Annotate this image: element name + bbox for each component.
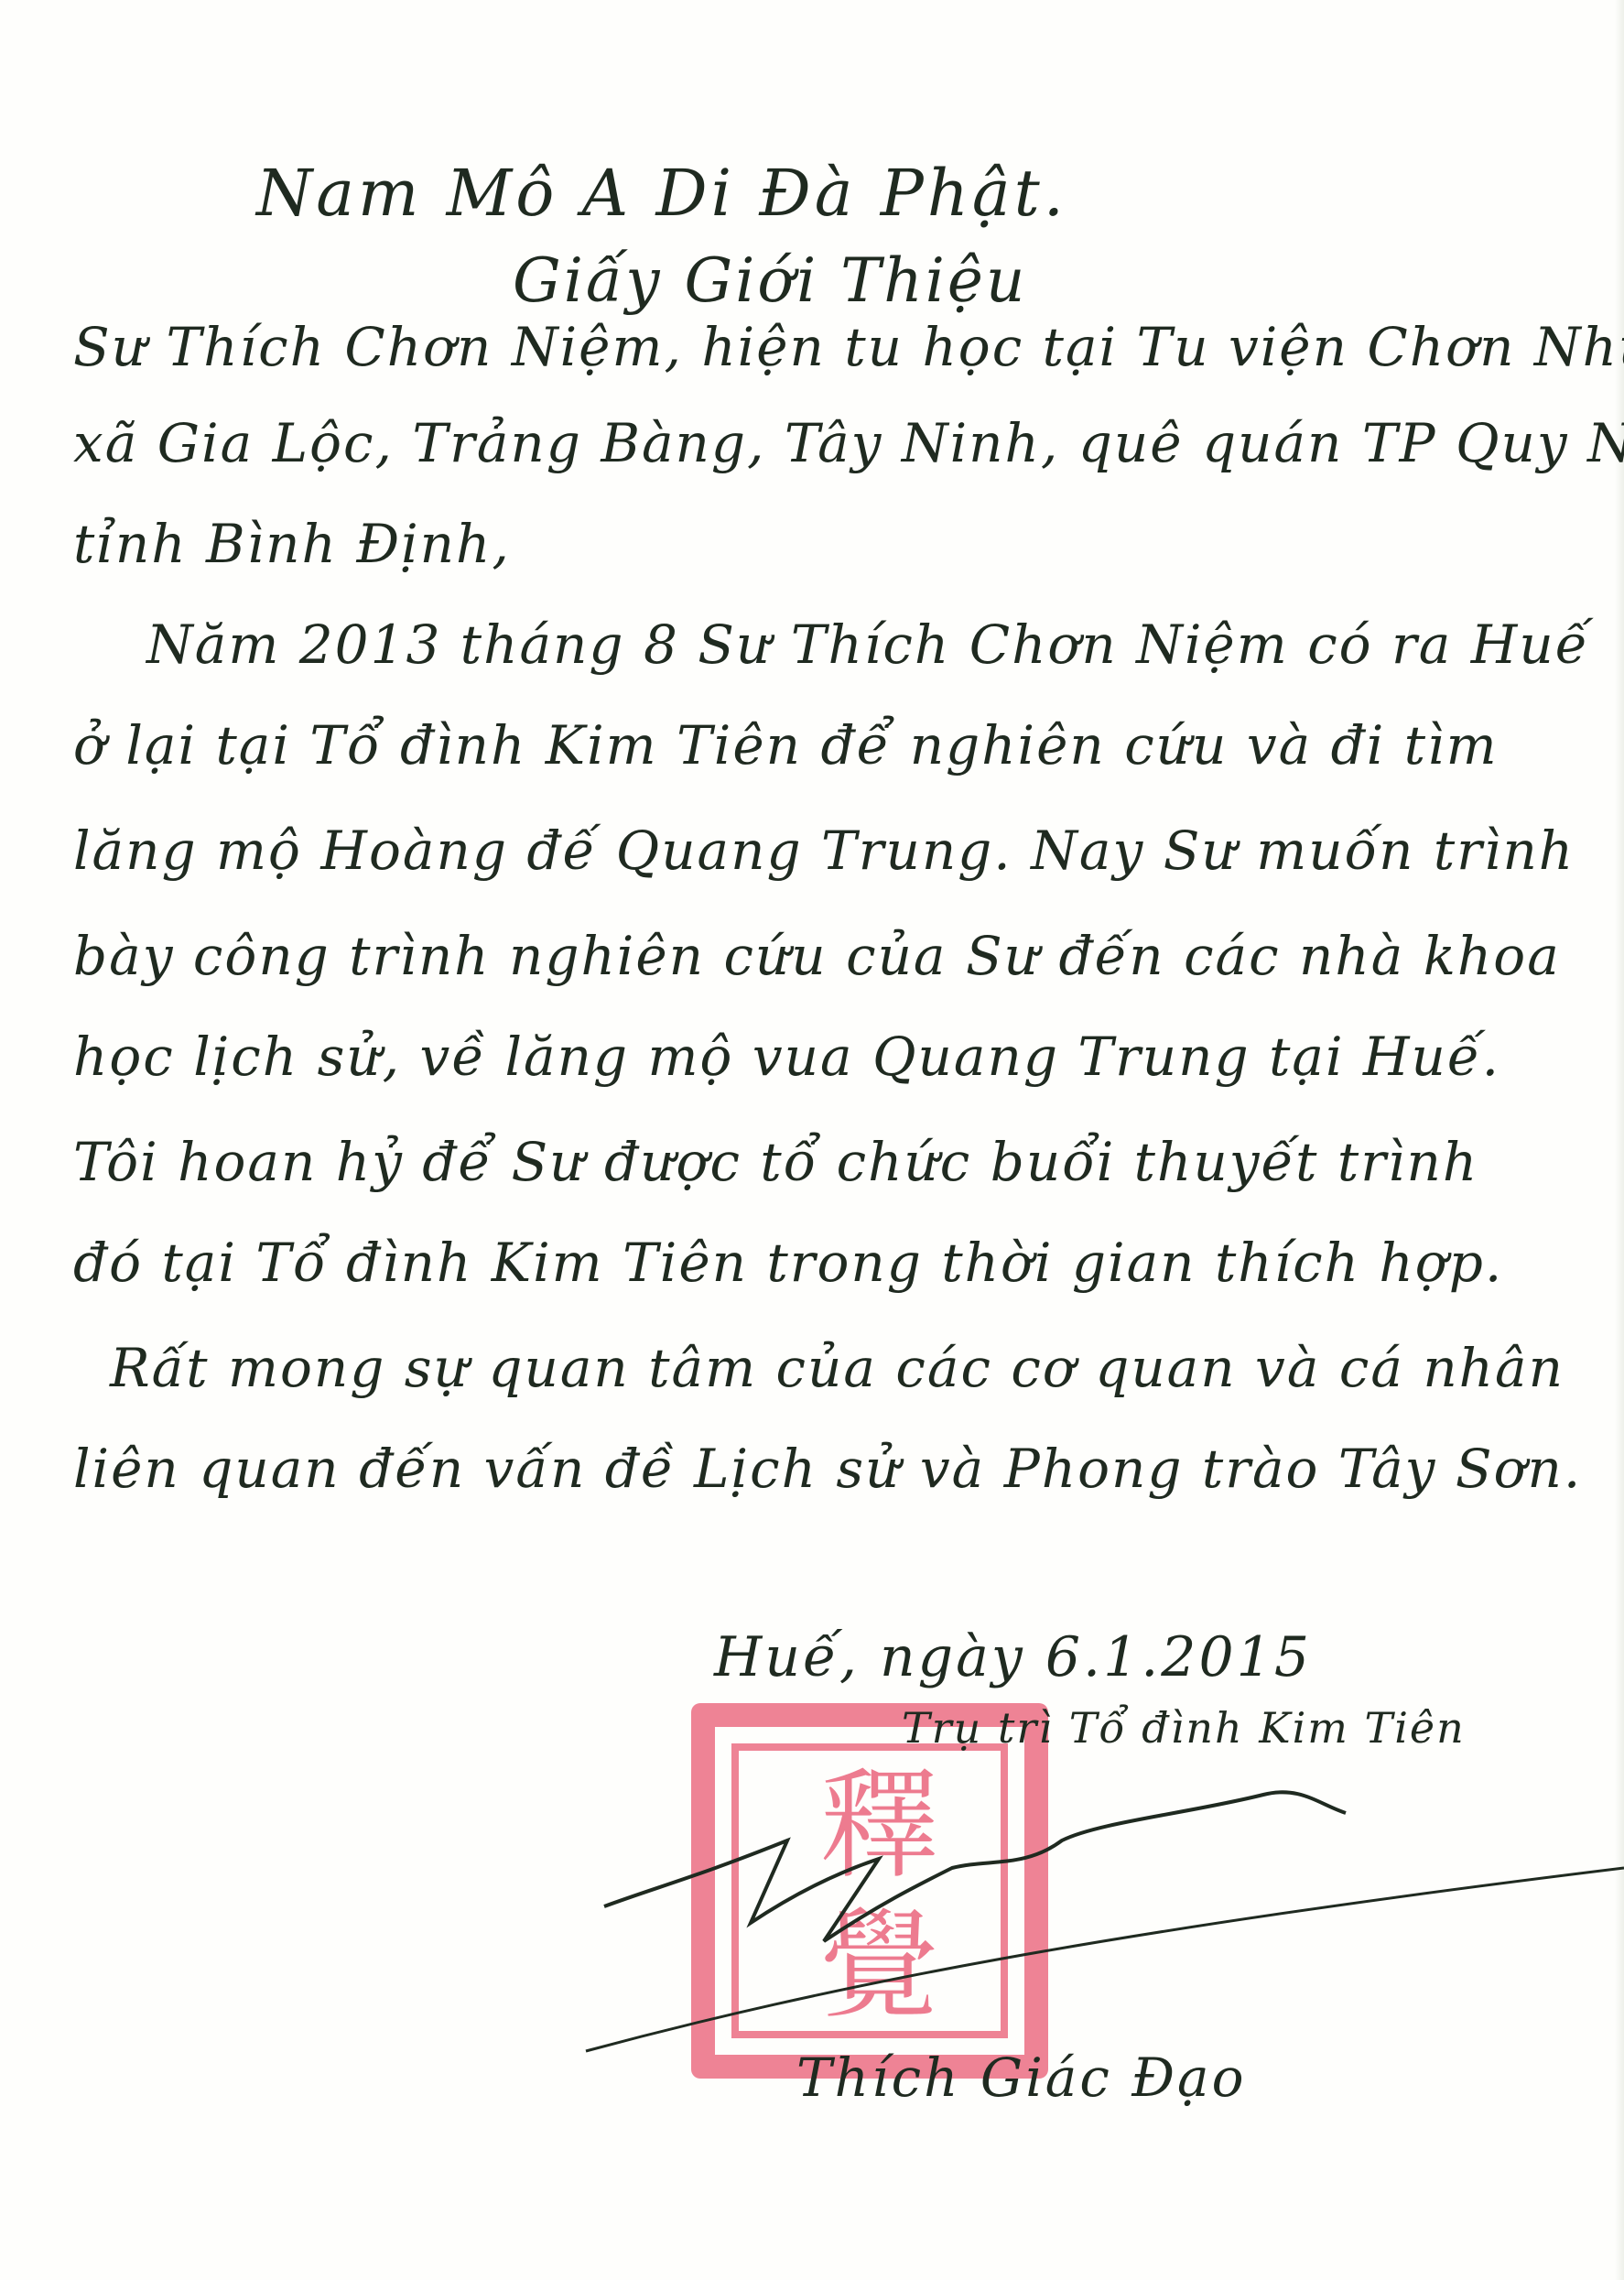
body-line: liên quan đến vấn đề Lịch sử và Phong tr…: [73, 1438, 1582, 1500]
document-title: Giấy Giới Thiệu: [513, 245, 1027, 316]
body-line: học lịch sử, về lăng mộ vua Quang Trung …: [73, 1026, 1500, 1088]
date-line: Huế, ngày 6.1.2015: [714, 1625, 1312, 1689]
body-line: Sư Thích Chơn Niệm, hiện tu học tại Tu v…: [73, 316, 1624, 378]
body-line: Năm 2013 tháng 8 Sư Thích Chơn Niệm có r…: [146, 613, 1589, 676]
body-line: tỉnh Bình Định,: [73, 513, 511, 575]
salutation: Nam Mô A Di Đà Phật.: [256, 156, 1067, 231]
body-line: đó tại Tổ đình Kim Tiên trong thời gian …: [73, 1232, 1503, 1294]
body-line: Rất mong sự quan tâm của các cơ quan và …: [110, 1337, 1564, 1399]
body-line: lăng mộ Hoàng đế Quang Trung. Nay Sư muố…: [73, 820, 1575, 882]
seal-inner-border: 釋 覺: [731, 1743, 1008, 2038]
red-seal-stamp: 釋 覺: [691, 1703, 1048, 2079]
seal-character: 釋: [810, 1762, 929, 1881]
body-line: xã Gia Lộc, Trảng Bàng, Tây Ninh, quê qu…: [73, 412, 1624, 474]
signer-role: Trụ trì Tổ đình Kim Tiên: [902, 1703, 1466, 1753]
body-line: ở lại tại Tổ đình Kim Tiên để nghiên cứu…: [73, 714, 1499, 776]
letter-page: Nam Mô A Di Đà Phật. Giấy Giới Thiệu Sư …: [0, 0, 1624, 2280]
seal-character: 覺: [810, 1902, 929, 2021]
body-line: bày công trình nghiên cứu của Sư đến các…: [73, 925, 1561, 987]
signer-name: Thích Giác Đạo: [796, 2047, 1247, 2109]
body-line: Tôi hoan hỷ để Sư được tổ chức buổi thuy…: [73, 1131, 1478, 1193]
